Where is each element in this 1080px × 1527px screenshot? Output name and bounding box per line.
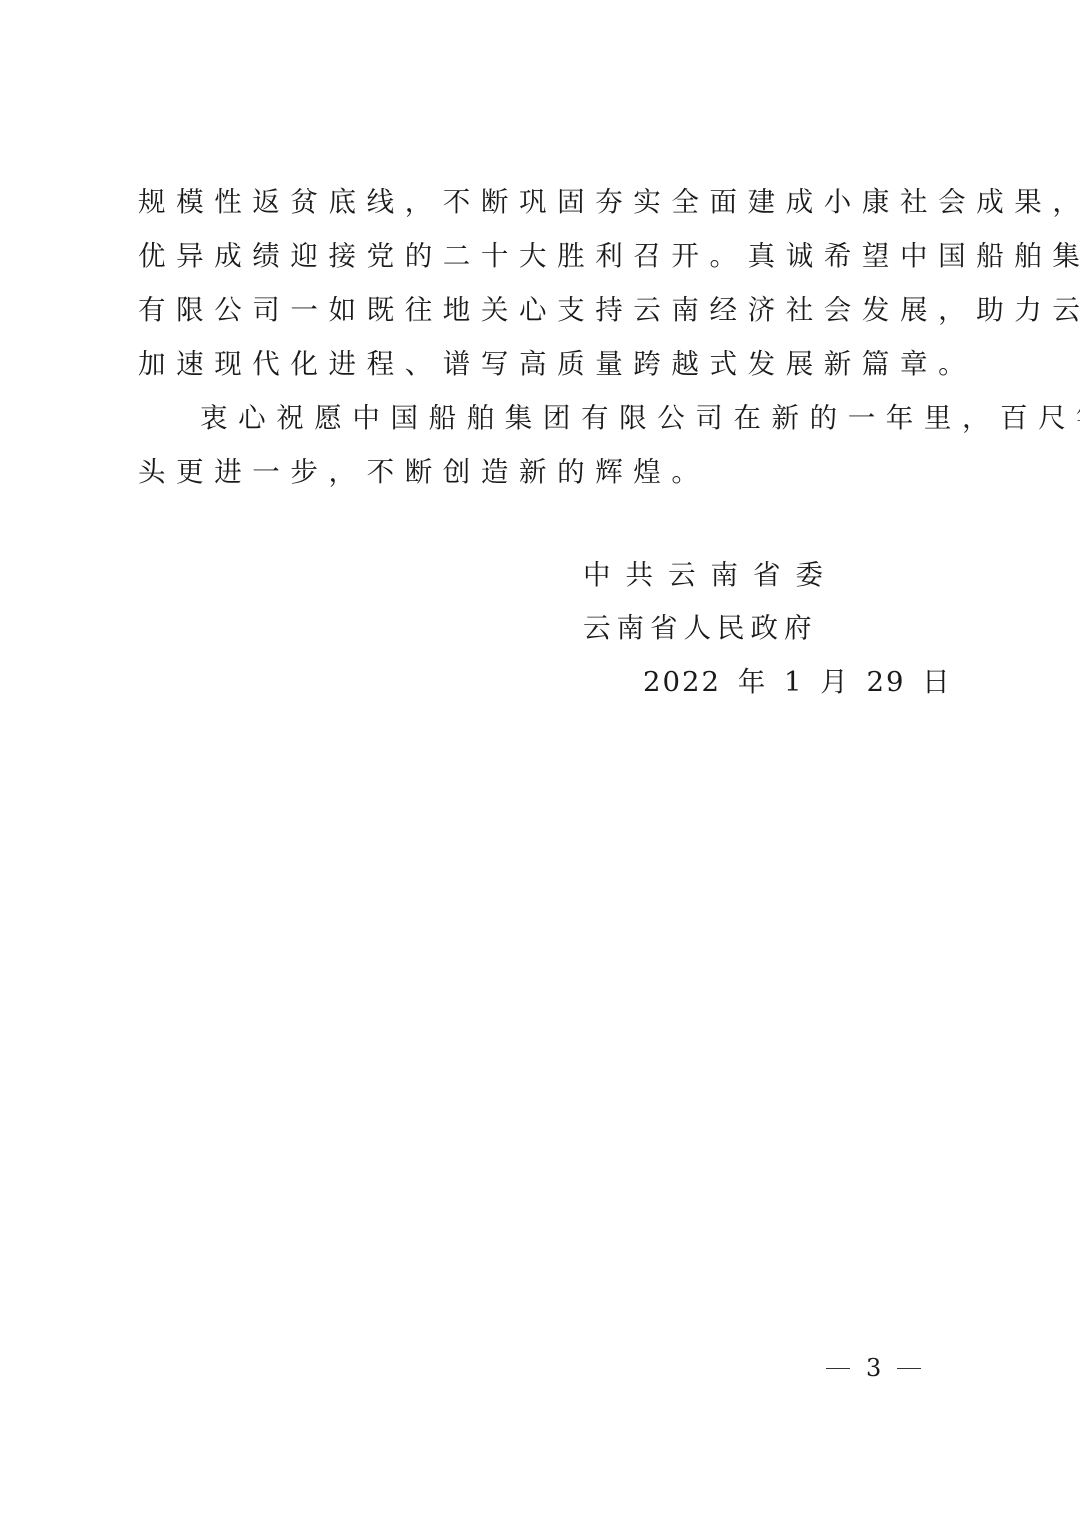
page-number: 3 <box>826 1350 921 1386</box>
signature-org-party-committee: 中共云南省委 <box>583 555 838 595</box>
dash-right <box>897 1368 921 1369</box>
body-line-2: 优异成绩迎接党的二十大胜利召开。真诚希望中国船舶集团 <box>138 236 948 276</box>
signature-date: 2022 年 1 月 29 日 <box>643 662 952 702</box>
body-line-1: 规模性返贫底线，不断巩固夯实全面建成小康社会成果，以 <box>138 182 948 222</box>
dash-left <box>826 1368 850 1369</box>
signature-org-government: 云南省人民政府 <box>583 608 818 648</box>
document-page: 规模性返贫底线，不断巩固夯实全面建成小康社会成果，以 优异成绩迎接党的二十大胜利… <box>0 0 1080 1527</box>
body-line-5: 衷心祝愿中国船舶集团有限公司在新的一年里，百尺竿 <box>200 398 1010 438</box>
body-line-3: 有限公司一如既往地关心支持云南经济社会发展，助力云南 <box>138 290 948 330</box>
body-line-4: 加速现代化进程、谱写高质量跨越式发展新篇章。 <box>138 344 948 384</box>
page-number-value: 3 <box>866 1350 881 1386</box>
body-line-6: 头更进一步，不断创造新的辉煌。 <box>138 452 948 492</box>
